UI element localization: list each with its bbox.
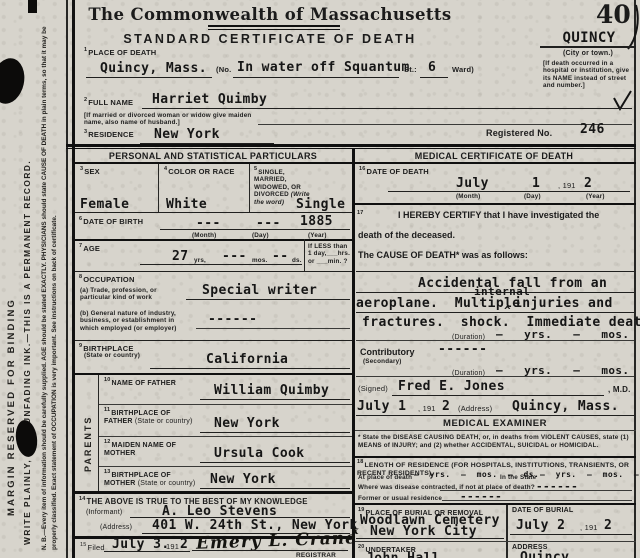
line: [356, 312, 634, 313]
line: [104, 551, 190, 552]
personal-section-title: PERSONAL AND STATISTICAL PARTICULARS: [75, 151, 351, 161]
line: [356, 340, 634, 341]
signed-address-label: (Address): [458, 405, 492, 414]
dod-num: 16: [359, 166, 366, 172]
cell-divider: [304, 239, 305, 272]
margin-binding-text: MARGIN RESERVED FOR BINDING: [6, 298, 17, 516]
occupation-a-label: (a) Trade, profession, or particular kin…: [80, 287, 184, 302]
line: [356, 376, 634, 377]
line: [442, 500, 632, 501]
residence-num: 3: [84, 129, 87, 135]
place-of-death-num: 1: [84, 47, 87, 53]
signed-label: (Signed): [358, 385, 388, 394]
undertaker-num: 20: [358, 544, 365, 550]
line: [196, 328, 350, 329]
margin-nb-note: N. B.—Every item of information should b…: [40, 5, 60, 550]
place-of-death-street: In water off Squantum: [237, 60, 410, 75]
parents-cell-divider: [98, 375, 99, 491]
father-label: NAME OF FATHER: [112, 380, 177, 387]
sex-num: 3: [80, 166, 83, 172]
pen-x-mark: x: [352, 524, 359, 537]
age-less-note: If LESS than 1 day,___hrs. or ___min. ?: [308, 243, 352, 265]
rule: [355, 456, 636, 458]
age-ds-value: --: [272, 249, 288, 264]
full-name-num: 2: [84, 97, 87, 103]
line: [200, 488, 350, 489]
dod-cap-year: (Year): [586, 193, 605, 200]
signed-year-printed: , 191: [418, 405, 436, 414]
rule: [355, 430, 636, 431]
rule: [355, 503, 636, 505]
line: [86, 77, 212, 78]
registrar-label: REGISTRAR: [296, 552, 336, 558]
marital-value: Single: [296, 197, 345, 212]
line: [356, 415, 634, 416]
occupation-num: 8: [79, 274, 82, 280]
maiden-name-note: [If married or divorced woman or widow g…: [84, 112, 256, 127]
occupation-a-value: Special writer: [202, 283, 317, 298]
rule: [75, 239, 352, 241]
rule: [75, 212, 352, 213]
title-flourish-rule: [208, 25, 340, 30]
certify-line2: death of the deceased.: [358, 230, 455, 240]
age-label: AGE: [83, 244, 100, 253]
st-label: St.:: [404, 66, 417, 75]
birthplace-num: 9: [79, 343, 82, 349]
column-divider: [352, 149, 355, 558]
full-name-value: Harriet Quimby: [152, 92, 267, 107]
line: [186, 299, 350, 300]
cell-divider: [506, 505, 508, 558]
parents-side-label: PARENTS: [83, 416, 93, 472]
in-state-label: In the State: [500, 474, 536, 481]
dod-year-typed: 2: [584, 176, 592, 191]
mother-value: Ursula Cook: [214, 446, 305, 461]
residence-value: New York: [154, 127, 220, 142]
signed-year-typed: 2: [442, 399, 450, 414]
rule: [99, 436, 352, 437]
dob-num: 6: [79, 216, 82, 222]
age-mos-value: ---: [222, 249, 247, 264]
contracted-value: ------: [536, 480, 578, 493]
rule: [355, 541, 636, 542]
mother-bp-sub: (State or country): [138, 480, 196, 487]
contributory-value: ------: [438, 342, 487, 357]
undertaker-value: John Hall: [366, 551, 440, 558]
line: [420, 77, 448, 78]
rule: [99, 466, 352, 467]
dod-cap-month: (Month): [456, 193, 480, 200]
ink-mark: [28, 0, 37, 13]
mother-label: MAIDEN NAME OF MOTHER: [104, 442, 176, 457]
father-bp-num: 11: [104, 407, 110, 413]
line: [510, 534, 632, 535]
ink-blot: [14, 419, 40, 459]
city-caption: (City or town.): [540, 50, 636, 58]
cause-duration-label: (Duration): [452, 334, 485, 342]
color-value: White: [166, 197, 207, 212]
occupation-b-label: (b) General nature of industry, business…: [80, 310, 192, 332]
signed-name: Fred E. Jones: [398, 379, 505, 394]
margin-permanent-record-text: WRITE PLAINLY, WITH UNFADING INK.—THIS I…: [22, 160, 32, 545]
section-rule-thin: [66, 148, 636, 149]
marital-num: 5: [254, 166, 257, 172]
filed-date: July 3.: [112, 537, 170, 552]
contributory-sub: (Secondary): [363, 358, 402, 365]
line: [160, 229, 350, 230]
line: [200, 462, 350, 463]
residence-length-num: 18: [357, 459, 364, 465]
in-state-dashes: — yrs. — mos. — ds. —: [540, 470, 640, 479]
father-bp-value: New York: [214, 416, 280, 431]
signed-address: Quincy, Mass.: [512, 399, 619, 414]
occupation-label: OCCUPATION: [83, 275, 134, 284]
residence-label: RESIDENCE: [88, 130, 134, 139]
age-num: 7: [79, 243, 82, 249]
commonwealth-title: The Commonwealth of Massachusetts: [80, 5, 460, 24]
burial-date-label: DATE OF BURIAL: [512, 507, 573, 515]
line: [356, 271, 634, 272]
rule: [75, 271, 352, 272]
section-rule: [66, 144, 636, 147]
line: [140, 264, 302, 265]
color-num: 4: [164, 166, 167, 172]
at-place-label: At place of death: [358, 474, 412, 481]
informant-label: (Informant): [86, 509, 122, 517]
signed-md: , M.D.: [608, 385, 631, 394]
filed-year-typed: 2: [180, 537, 188, 552]
registered-no-value: 246: [580, 122, 605, 137]
birthplace-sub: (State or country): [84, 352, 140, 359]
occupation-b-value: ------: [208, 312, 257, 327]
rule: [75, 340, 352, 341]
line: [142, 108, 632, 109]
cause-footnote: * State the DISEASE CAUSING DEATH, or, i…: [358, 434, 632, 450]
cell-divider: [158, 164, 159, 213]
city-underline: [540, 46, 636, 48]
full-name-label: FULL NAME: [88, 98, 133, 107]
cause-line2a: aeroplane. Multiple: [356, 296, 521, 311]
informant-address-label: (Address): [100, 524, 132, 532]
color-label: COLOR OR RACE: [168, 167, 234, 176]
line: [200, 432, 350, 433]
dod-label: DATE OF DEATH: [367, 167, 429, 176]
place-of-death-label: PLACE OF DEATH: [88, 48, 156, 57]
line: [356, 538, 504, 539]
line: [233, 77, 399, 78]
mother-bp-value: New York: [210, 472, 276, 487]
burial-date: July 2: [516, 518, 565, 533]
rule: [75, 162, 352, 164]
hospital-note: [If death occurred in a hospital or inst…: [543, 60, 633, 90]
certify-line3: The CAUSE OF DEATH* was as follows:: [358, 250, 528, 260]
border-left-heavy: [72, 0, 75, 558]
birthplace-value: California: [206, 352, 288, 367]
contributory-label: Contributory: [360, 347, 415, 357]
dod-day: 1: [532, 176, 540, 191]
sex-value: Female: [80, 197, 129, 212]
sex-label: SEX: [84, 167, 100, 176]
mother-bp-num: 13: [104, 469, 111, 475]
father-num: 10: [104, 377, 111, 383]
line: [200, 399, 350, 400]
rule: [355, 162, 636, 164]
ink-blot: [0, 55, 28, 107]
ward-value: 6: [428, 60, 436, 75]
burial-year-printed: , 191: [580, 524, 598, 533]
former-label: Former or usual residence: [358, 495, 442, 502]
medical-section-title: MEDICAL CERTIFICATE OF DEATH: [356, 151, 632, 161]
undertaker-address: Quincy.: [520, 550, 578, 558]
former-value: ------: [460, 490, 502, 503]
signed-date: July 1: [357, 399, 406, 414]
certify-num: 17: [357, 210, 364, 216]
contributory-duration-label: (Duration): [452, 370, 485, 378]
dod-month: July: [456, 176, 489, 191]
cause-line2b: injuries and: [514, 296, 613, 311]
cell-divider: [249, 164, 250, 213]
father-bp-sub: (State or country): [135, 418, 193, 425]
line: [392, 395, 604, 396]
rule: [75, 373, 352, 375]
no-prefix-label: (No.: [216, 66, 231, 75]
dod-year-printed: , 191: [558, 182, 576, 191]
certificate-title: STANDARD CERTIFICATE OF DEATH: [80, 32, 460, 46]
dob-year: 1885: [300, 214, 333, 229]
line: [388, 191, 630, 192]
rule: [75, 491, 352, 494]
line: [258, 124, 632, 125]
filed-label: Filed: [88, 543, 105, 552]
city-value: QUINCY: [546, 30, 632, 46]
rule: [99, 404, 352, 405]
rule: [355, 203, 636, 205]
registered-no-label: Registered No.: [486, 128, 552, 139]
filed-num: 15: [80, 542, 87, 548]
burial-place-line2: New York City: [370, 524, 477, 539]
attest-num: 14: [79, 496, 86, 502]
medical-examiner-label: MEDICAL EXAMINER: [356, 418, 634, 429]
scanned-death-certificate: MARGIN RESERVED FOR BINDING WRITE PLAINL…: [0, 0, 640, 558]
place-of-death-city: Quincy, Mass.: [100, 61, 207, 76]
ward-label: Ward): [452, 66, 474, 75]
border-left-thin: [66, 0, 68, 558]
age-years: 27: [172, 249, 188, 264]
mother-num: 12: [104, 439, 111, 445]
father-value: William Quimby: [214, 383, 329, 398]
burial-year-typed: 2: [604, 518, 612, 533]
dod-cap-day: (Day): [524, 193, 541, 200]
certify-line1: I HEREBY CERTIFY that I have investigate…: [398, 210, 599, 220]
line: [150, 368, 350, 369]
dob-label: DATE OF BIRTH: [83, 217, 143, 226]
